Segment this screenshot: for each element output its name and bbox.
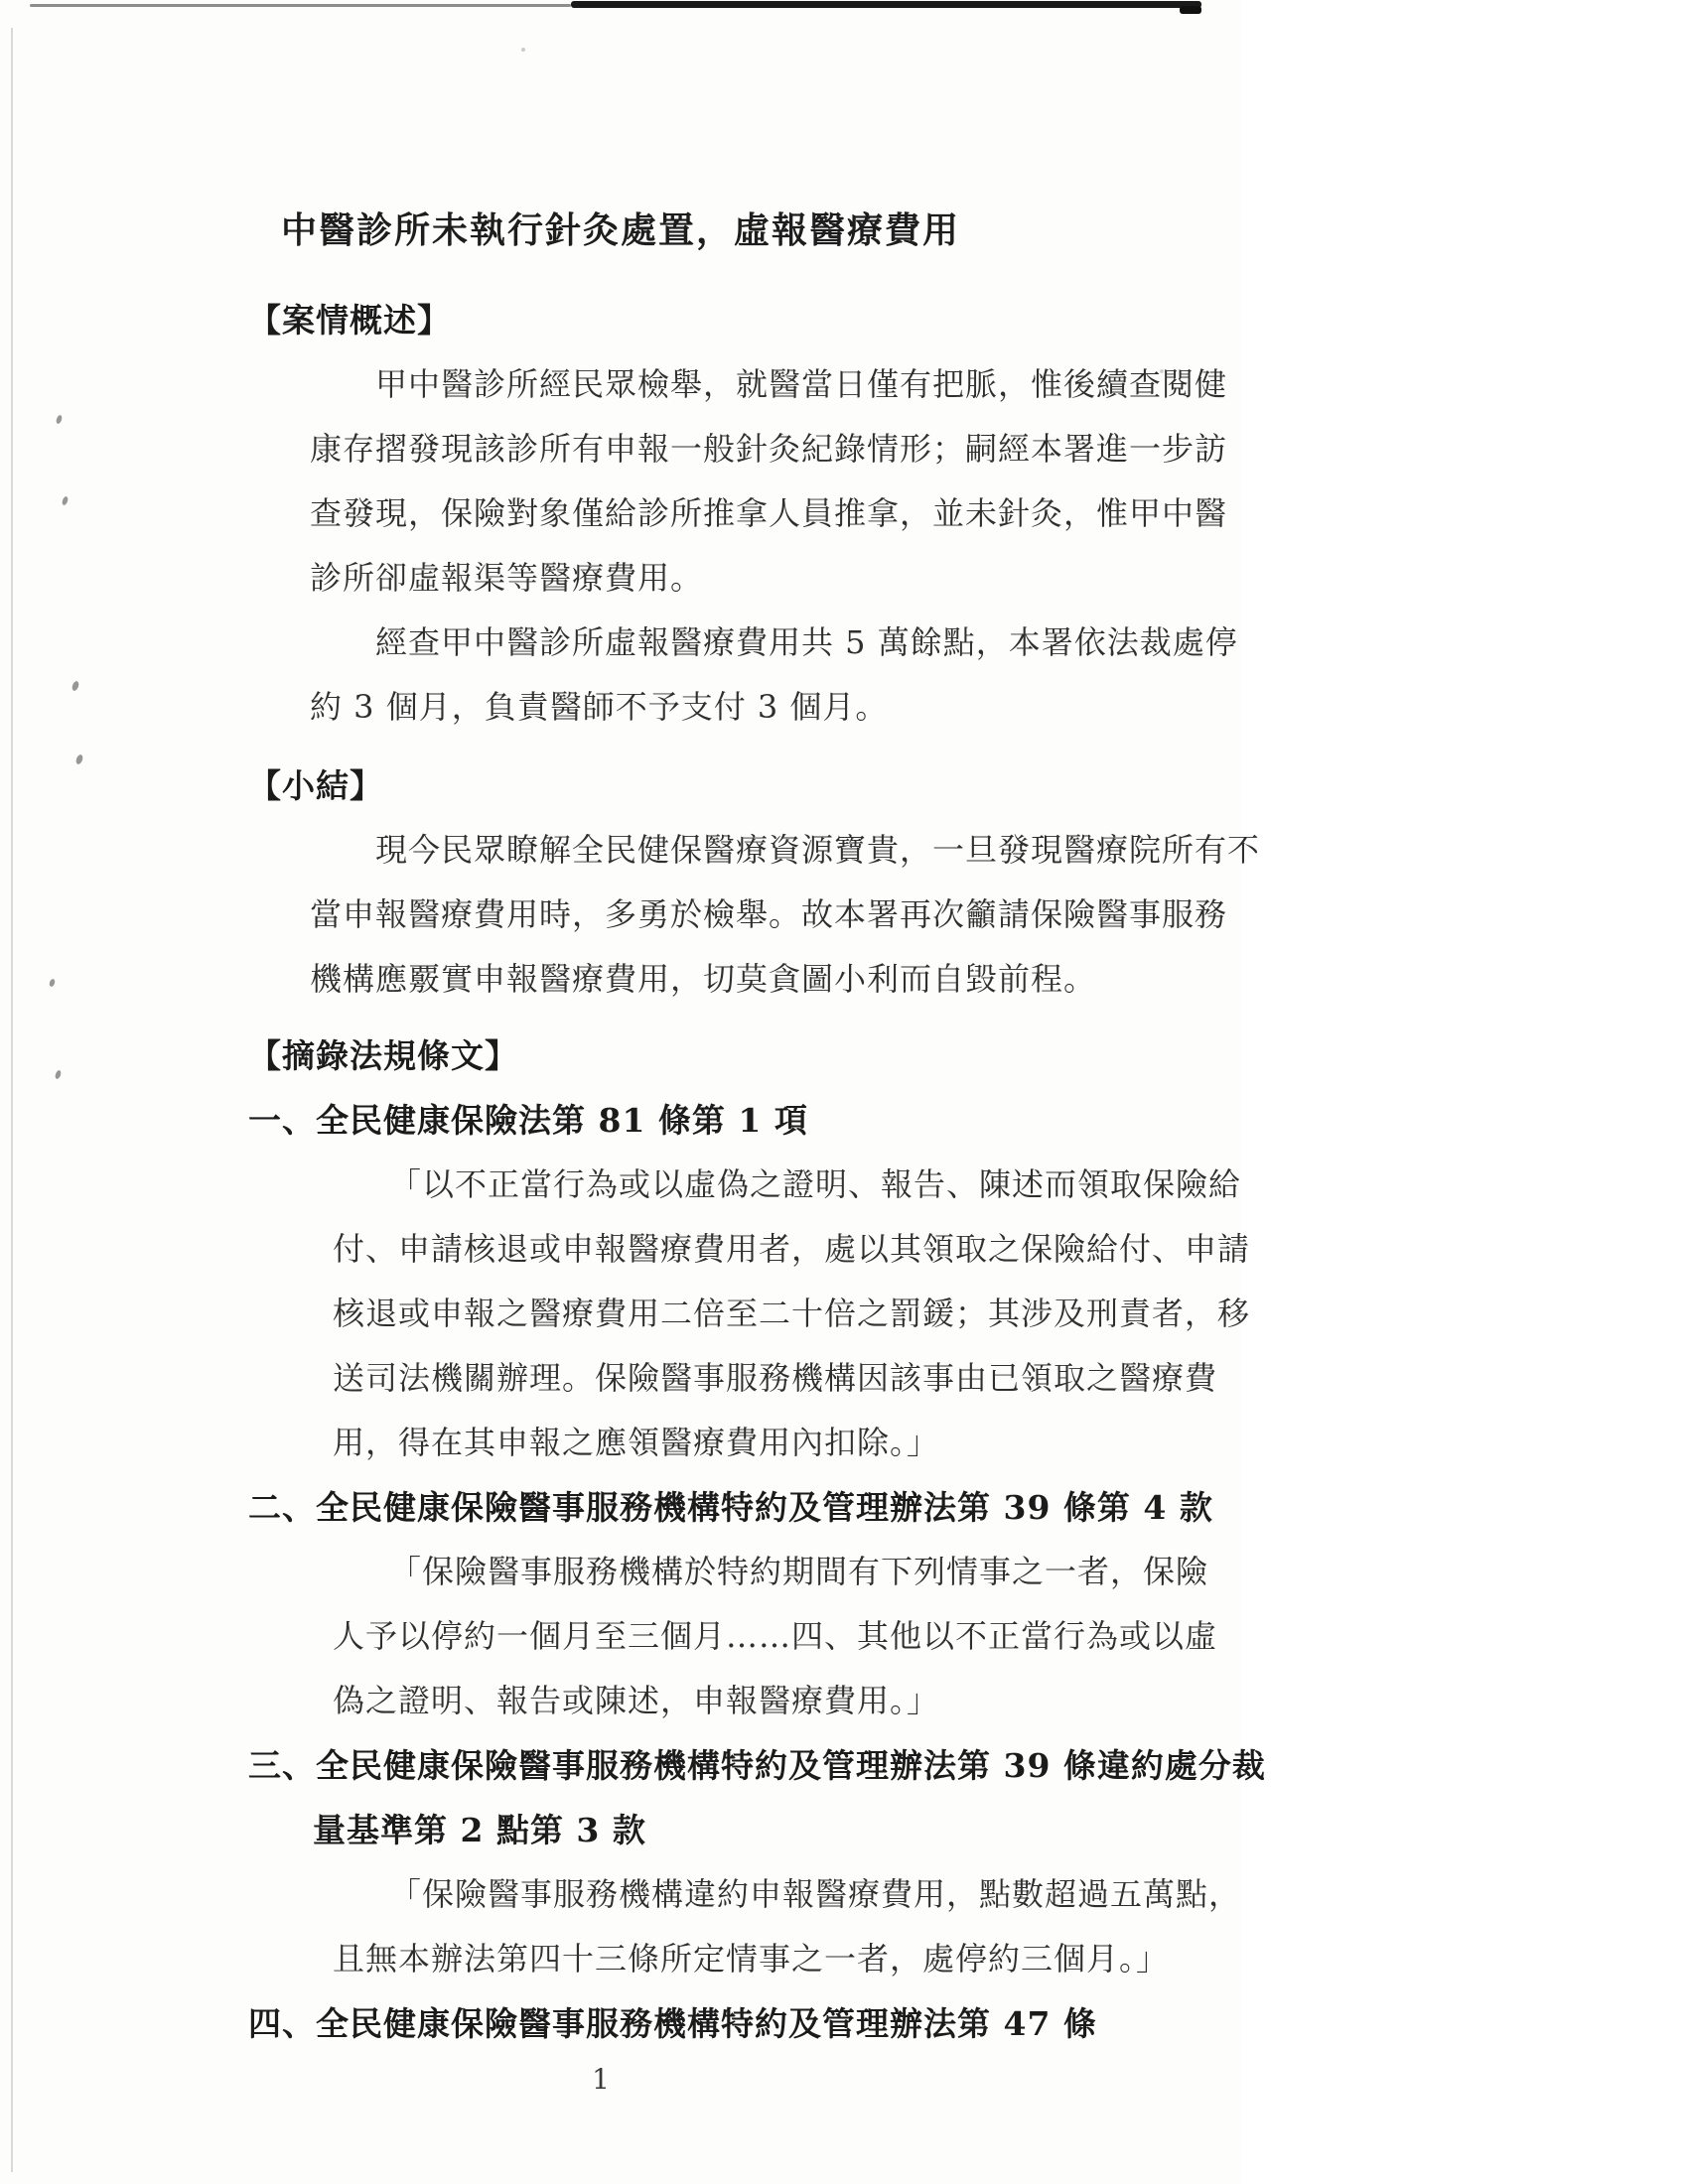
law-quote-line: 付、申請核退或申報醫療費用者，處以其領取之保險給付、申請 bbox=[333, 1217, 1241, 1282]
text-line: 約 3 個月，負責醫師不予支付 3 個月。 bbox=[310, 675, 1241, 740]
section-header-legal-excerpts: 【摘錄法規條文】 bbox=[248, 1024, 1241, 1088]
law-quote-line: 人予以停約一個月至三個月……四、其他以不正當行為或以虛 bbox=[333, 1604, 1241, 1669]
law-quote-line: 且無本辦法第四十三條所定情事之一者，處停約三個月。」 bbox=[333, 1927, 1241, 1991]
law-item-2: 二、全民健康保險醫事服務機構特約及管理辦法第 39 條第 4 款 「保險醫事服務… bbox=[0, 1475, 1241, 1733]
conclusion-paragraph: 現今民眾瞭解全民健保醫療資源寶貴，一旦發現醫療院所有不 當申報醫療費用時，多勇於… bbox=[0, 818, 1241, 1012]
scan-artifact-left-edge-line bbox=[11, 28, 13, 2172]
scan-artifact-top-edge-right bbox=[571, 1, 1201, 8]
law-item-3: 三、全民健康保險醫事服務機構特約及管理辦法第 39 條違約處分裁 量基準第 2 … bbox=[0, 1733, 1241, 1991]
case-paragraph-2: 經查甲中醫診所虛報醫療費用共 5 萬餘點，本署依法裁處停 約 3 個月，負責醫師… bbox=[0, 611, 1241, 740]
law-quote-line: 「保險醫事服務機構違約申報醫療費用，點數超過五萬點， bbox=[389, 1862, 1241, 1927]
law-quote-line: 用，得在其申報之應領醫療費用內扣除。」 bbox=[333, 1411, 1241, 1475]
law-quote-line: 核退或申報之醫療費用二倍至二十倍之罰鍰；其涉及刑責者，移 bbox=[333, 1282, 1241, 1346]
text-line: 當申報醫療費用時，多勇於檢舉。故本署再次籲請保險醫事服務 bbox=[310, 883, 1241, 947]
section-header-conclusion: 【小結】 bbox=[248, 753, 1241, 818]
text-line: 查發現，保險對象僅給診所推拿人員推拿，並未針灸，惟甲中醫 bbox=[310, 481, 1241, 546]
law-quote-line: 偽之證明、報告或陳述，申報醫療費用。」 bbox=[333, 1669, 1241, 1733]
law-item-3-heading-line-1: 三、全民健康保險醫事服務機構特約及管理辦法第 39 條違約處分裁 bbox=[248, 1733, 1241, 1798]
law-item-1: 一、全民健康保險法第 81 條第 1 項 「以不正當行為或以虛偽之證明、報告、陳… bbox=[0, 1088, 1241, 1475]
section-header-case-summary: 【案情概述】 bbox=[248, 288, 1241, 352]
page-number: 1 bbox=[0, 2063, 1201, 2096]
law-item-3-heading-line-2: 量基準第 2 點第 3 款 bbox=[313, 1798, 1241, 1862]
text-line: 現今民眾瞭解全民健保醫療資源寶貴，一旦發現醫療院所有不 bbox=[375, 818, 1241, 883]
law-quote-line: 「以不正當行為或以虛偽之證明、報告、陳述而領取保險給 bbox=[389, 1153, 1241, 1217]
law-item-1-heading: 一、全民健康保險法第 81 條第 1 項 bbox=[248, 1088, 1241, 1153]
text-line: 經查甲中醫診所虛報醫療費用共 5 萬餘點，本署依法裁處停 bbox=[375, 611, 1241, 675]
page-title: 中醫診所未執行針灸處置，虛報醫療費用 bbox=[0, 199, 1241, 263]
law-item-4: 四、全民健康保險醫事服務機構特約及管理辦法第 47 條 bbox=[0, 1991, 1241, 2056]
scanned-page: 中醫診所未執行針灸處置，虛報醫療費用 【案情概述】 甲中醫診所經民眾檢舉，就醫當… bbox=[0, 0, 1241, 2184]
scan-artifact-top-edge-left bbox=[30, 4, 571, 7]
scan-artifact-top-edge-blob bbox=[1180, 6, 1201, 14]
text-line: 診所卻虛報渠等醫療費用。 bbox=[310, 546, 1241, 611]
text-line: 康存摺發現該診所有申報一般針灸紀錄情形；嗣經本署進一步訪 bbox=[310, 417, 1241, 481]
law-item-2-heading: 二、全民健康保險醫事服務機構特約及管理辦法第 39 條第 4 款 bbox=[248, 1475, 1241, 1540]
law-quote-line: 「保險醫事服務機構於特約期間有下列情事之一者，保險 bbox=[389, 1540, 1241, 1604]
law-quote-line: 送司法機關辦理。保險醫事服務機構因該事由已領取之醫療費 bbox=[333, 1346, 1241, 1411]
text-line: 甲中醫診所經民眾檢舉，就醫當日僅有把脈，惟後續查閱健 bbox=[375, 352, 1241, 417]
case-paragraph-1: 甲中醫診所經民眾檢舉，就醫當日僅有把脈，惟後續查閱健 康存摺發現該診所有申報一般… bbox=[0, 352, 1241, 611]
text-line: 機構應覈實申報醫療費用，切莫貪圖小利而自毀前程。 bbox=[310, 947, 1241, 1012]
law-item-4-heading: 四、全民健康保險醫事服務機構特約及管理辦法第 47 條 bbox=[248, 1991, 1241, 2056]
